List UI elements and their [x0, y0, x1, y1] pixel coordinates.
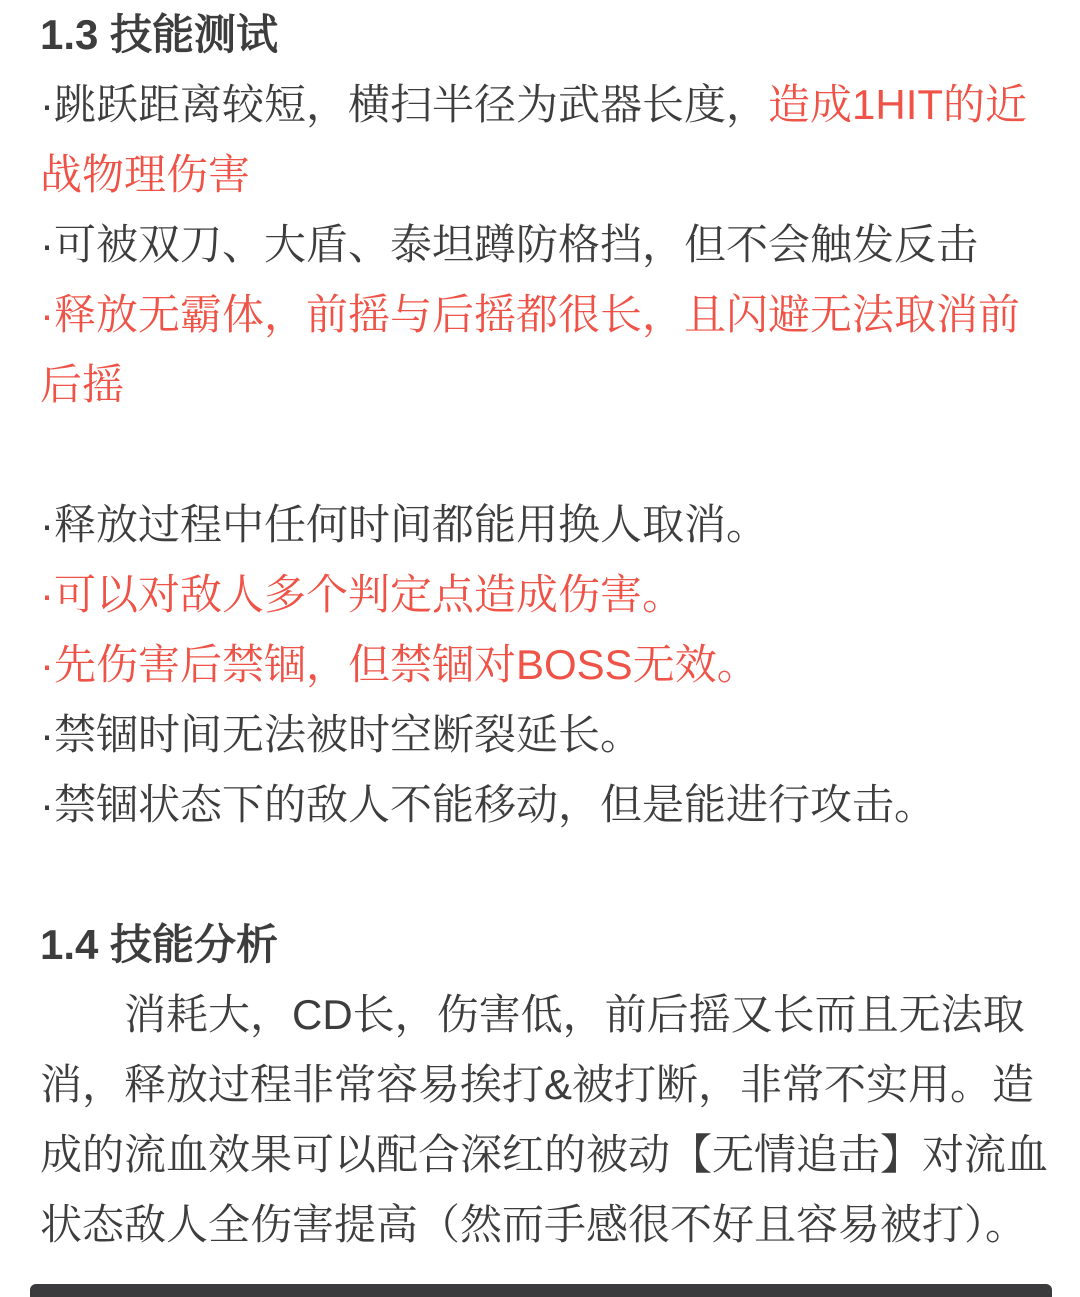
text-segment: 1.3 技能测试: [40, 11, 278, 58]
text-segment: ·可被双刀、大盾、泰坦蹲防格挡，但不会触发反击: [40, 221, 978, 268]
text-segment: 后摇: [40, 361, 124, 408]
section-heading: 1.3 技能测试: [40, 0, 1040, 70]
bullet-line: ·释放过程中任何时间都能用换人取消。: [40, 490, 1040, 560]
text-segment: 1.4 技能分析: [40, 921, 278, 968]
text-segment: ·先伤害后禁锢，但禁锢对BOSS无效。: [40, 641, 759, 688]
bullet-line: 后摇: [40, 350, 1040, 420]
text-segment: ·释放无霸体，前摇与后摇都很长，且闪避无法取消前: [40, 291, 1020, 338]
blank-line: [40, 840, 1040, 910]
bullet-line: ·可以对敌人多个判定点造成伤害。: [40, 560, 1040, 630]
paragraph-line: 消耗大，CD长，伤害低，前后摇又长而且无法取: [40, 980, 1040, 1050]
bullet-line: 战物理伤害: [40, 140, 1040, 210]
text-segment: 成的流血效果可以配合深红的被动【无情追击】对流血: [40, 1131, 1048, 1178]
paragraph-line: 消，释放过程非常容易挨打&被打断，非常不实用。造: [40, 1050, 1040, 1120]
text-segment: 战物理伤害: [40, 151, 250, 198]
text-segment: ·释放过程中任何时间都能用换人取消。: [40, 501, 768, 548]
text-segment: ·禁锢时间无法被时空断裂延长。: [40, 711, 642, 758]
text-segment: 状态敌人全伤害提高（然而手感很不好且容易被打）。: [40, 1201, 1027, 1248]
text-segment: 消，释放过程非常容易挨打&被打断，非常不实用。造: [40, 1061, 1034, 1108]
bullet-line: ·禁锢时间无法被时空断裂延长。: [40, 700, 1040, 770]
bullet-line: ·可被双刀、大盾、泰坦蹲防格挡，但不会触发反击: [40, 210, 1040, 280]
bullet-line: ·禁锢状态下的敌人不能移动，但是能进行攻击。: [40, 770, 1040, 840]
section-heading: 1.4 技能分析: [40, 910, 1040, 980]
text-segment: 造成1HIT的近: [768, 81, 1027, 128]
text-segment: ·可以对敌人多个判定点造成伤害。: [40, 571, 684, 618]
paragraph-line: 状态敌人全伤害提高（然而手感很不好且容易被打）。: [40, 1190, 1040, 1260]
text-segment: ·跳跃距离较短，横扫半径为武器长度，: [40, 81, 768, 128]
text-segment: ·禁锢状态下的敌人不能移动，但是能进行攻击。: [40, 781, 936, 828]
text-segment: 消耗大，CD长，伤害低，前后摇又长而且无法取: [124, 991, 1025, 1038]
next-image-top-edge: [30, 1284, 1052, 1297]
bullet-line: ·跳跃距离较短，横扫半径为武器长度，造成1HIT的近: [40, 70, 1040, 140]
bullet-line: ·先伤害后禁锢，但禁锢对BOSS无效。: [40, 630, 1040, 700]
article-content: 1.3 技能测试·跳跃距离较短，横扫半径为武器长度，造成1HIT的近战物理伤害·…: [0, 0, 1080, 1260]
bullet-line: ·释放无霸体，前摇与后摇都很长，且闪避无法取消前: [40, 280, 1040, 350]
blank-line: [40, 420, 1040, 490]
paragraph-line: 成的流血效果可以配合深红的被动【无情追击】对流血: [40, 1120, 1040, 1190]
